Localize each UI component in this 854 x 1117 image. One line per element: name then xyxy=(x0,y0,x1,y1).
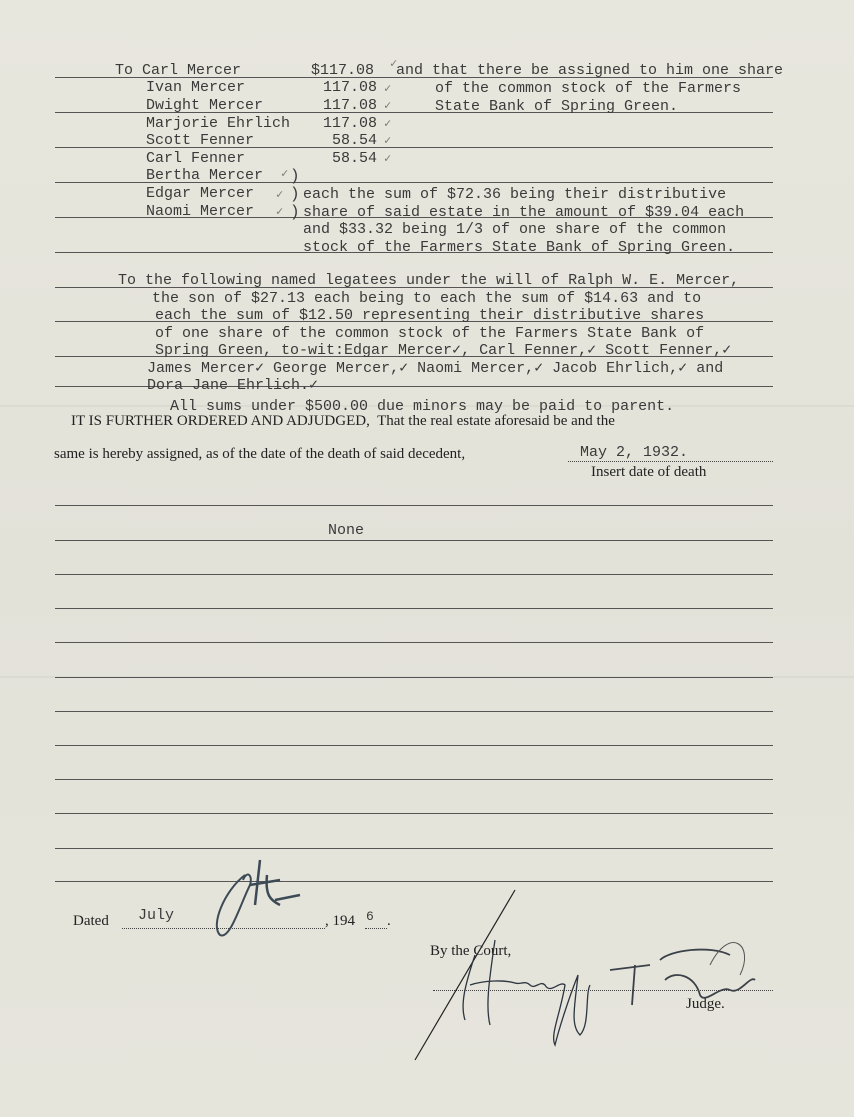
check-mark-icon: ✓ xyxy=(384,97,391,115)
check-mark-icon: ✓ xyxy=(384,132,391,150)
document-page: To Carl Mercer $117.08 Ivan Mercer 117.0… xyxy=(0,0,854,1117)
heir-name: Edgar Mercer xyxy=(146,185,254,203)
legatees-line: Dora Jane Ehrlich.✓ xyxy=(147,377,318,395)
dated-label: Dated xyxy=(73,913,109,930)
group-clause-line: each the sum of $72.36 being their distr… xyxy=(303,186,726,204)
brace: ) xyxy=(290,167,300,185)
date-of-death-value: May 2, 1932. xyxy=(580,444,688,462)
form-rule xyxy=(55,711,773,712)
legatees-line: the son of $27.13 each being to each the… xyxy=(152,290,701,308)
heir-amount: 58.54 xyxy=(332,150,377,168)
form-rule xyxy=(55,779,773,780)
carl-clause-line: State Bank of Spring Green. xyxy=(435,98,678,116)
order-text-line1: IT IS FURTHER ORDERED AND ADJUDGED, That… xyxy=(71,413,615,430)
brace: ) xyxy=(290,203,300,221)
form-rule xyxy=(55,848,773,849)
dated-month: July xyxy=(138,907,174,925)
heir-amount: 117.08 xyxy=(323,79,377,97)
heir-name: Carl Fenner xyxy=(146,150,245,168)
form-rule xyxy=(55,574,773,575)
order-text-line2: same is hereby assigned, as of the date … xyxy=(54,446,465,463)
form-rule xyxy=(55,608,773,609)
heir-amount: 117.08 xyxy=(323,115,377,133)
heir-name: Ivan Mercer xyxy=(146,79,245,97)
legatees-line: James Mercer✓ George Mercer,✓ Naomi Merc… xyxy=(147,360,723,378)
form-rule xyxy=(55,881,773,882)
legatees-line: Spring Green, to-wit:Edgar Mercer✓, Carl… xyxy=(155,342,731,360)
heir-name: Dwight Mercer xyxy=(146,97,263,115)
heir-name: Naomi Mercer xyxy=(146,203,254,221)
group-clause-line: stock of the Farmers State Bank of Sprin… xyxy=(303,239,735,257)
legatees-line: each the sum of $12.50 representing thei… xyxy=(155,307,704,325)
judge-signature xyxy=(410,885,770,1065)
real-estate-value: None xyxy=(328,522,364,540)
check-mark-icon: ✓ xyxy=(276,203,283,221)
check-mark-icon: ✓ xyxy=(384,80,391,98)
heir-amount: 117.08 xyxy=(323,97,377,115)
dated-year-field xyxy=(365,928,387,929)
handwritten-day-9th xyxy=(205,855,305,945)
group-clause-line: share of said estate in the amount of $3… xyxy=(303,204,744,222)
form-rule xyxy=(55,540,773,541)
carl-clause-line: of the common stock of the Farmers xyxy=(435,80,741,98)
heir-name: Bertha Mercer xyxy=(146,167,263,185)
form-rule xyxy=(55,813,773,814)
form-rule xyxy=(55,677,773,678)
check-mark-icon: ✓ xyxy=(281,165,288,183)
heir-name: Marjorie Ehrlich xyxy=(146,115,290,133)
check-mark-icon: ✓ xyxy=(384,150,391,168)
heir-name: To Carl Mercer xyxy=(115,62,241,80)
legatees-line: To the following named legatees under th… xyxy=(118,272,739,290)
check-mark-icon: ✓ xyxy=(384,115,391,133)
dated-end: . xyxy=(387,913,391,930)
heir-amount: 58.54 xyxy=(332,132,377,150)
group-clause-line: and $33.32 being 1/3 of one share of the… xyxy=(303,221,726,239)
check-mark-icon: ✓ xyxy=(276,186,283,204)
heir-amount: $117.08 xyxy=(311,62,374,80)
dated-year-suffix: 6 xyxy=(366,908,374,926)
form-rule xyxy=(55,642,773,643)
heir-name: Scott Fenner xyxy=(146,132,254,150)
dated-year-prefix: , 194 xyxy=(325,913,355,930)
date-of-death-caption: Insert date of death xyxy=(591,464,706,481)
form-rule xyxy=(55,505,773,506)
legatees-line: of one share of the common stock of the … xyxy=(155,325,704,343)
carl-clause-line: and that there be assigned to him one sh… xyxy=(396,62,783,80)
form-rule xyxy=(55,745,773,746)
brace: ) xyxy=(290,185,300,203)
